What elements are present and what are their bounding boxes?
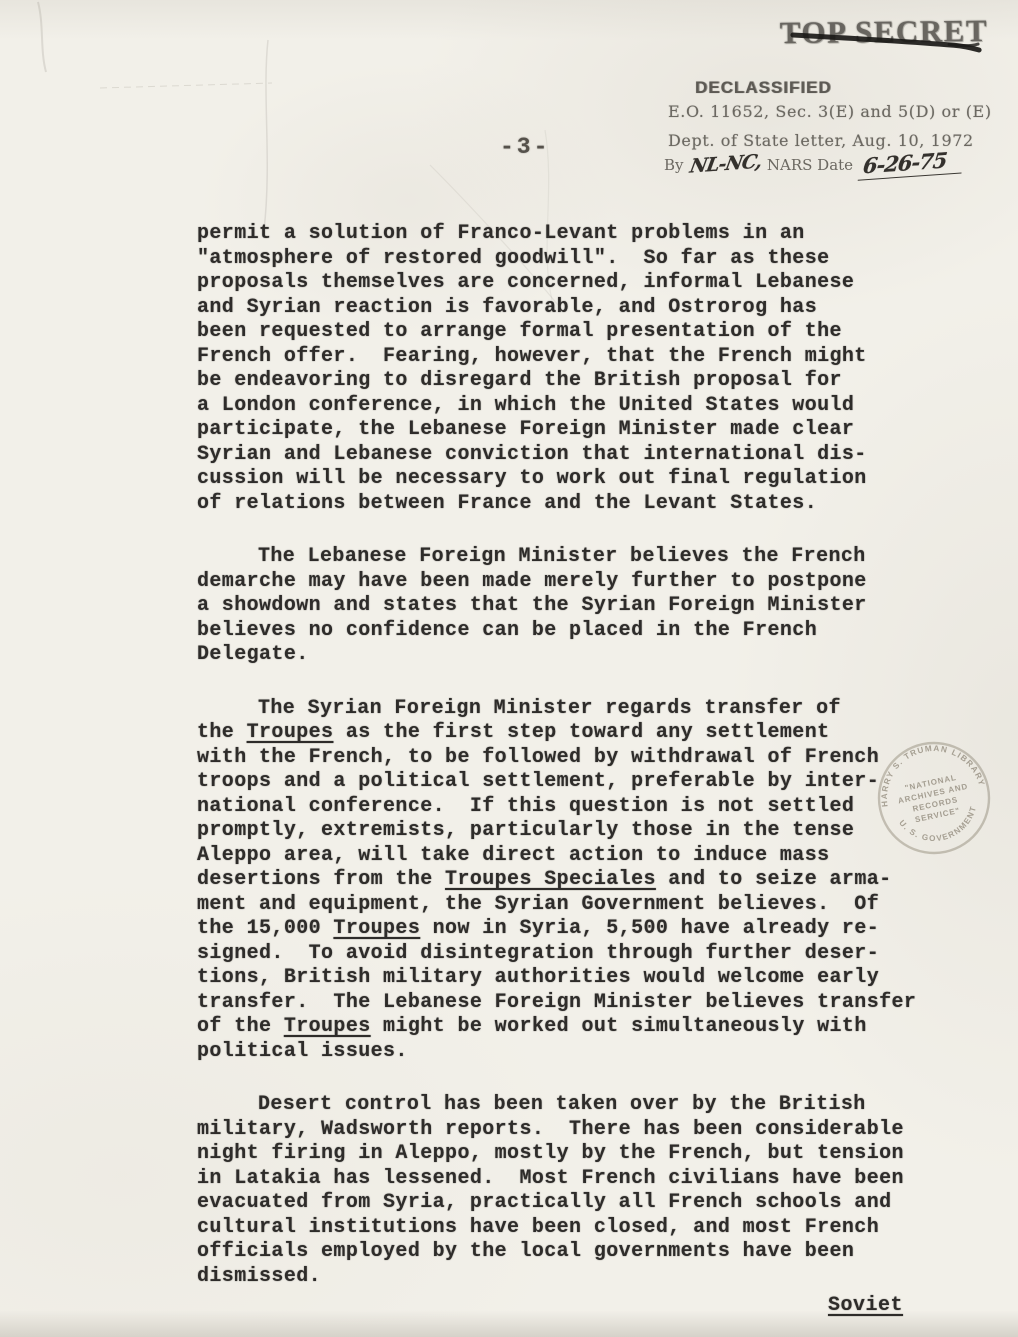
text-line: a showdown and states that the Syrian Fo… xyxy=(197,594,942,619)
text-line: promptly, extremists, particularly those… xyxy=(197,819,942,844)
declassified-letter-line: Dept. of State letter, Aug. 10, 1972 xyxy=(668,131,974,150)
text-line: troops and a political settlement, prefe… xyxy=(197,770,942,795)
top-secret-stamp: TOP SECRET xyxy=(779,13,990,67)
paragraph: The Lebanese Foreign Minister believes t… xyxy=(197,545,942,668)
declassified-label: DECLASSIFIED xyxy=(695,78,832,98)
strikethrough-mark xyxy=(779,13,990,67)
text-line: and Syrian reaction is favorable, and Os… xyxy=(197,296,942,321)
page-number: -3- xyxy=(500,134,550,160)
text-line: in Latakia has lessened. Most French civ… xyxy=(197,1167,942,1192)
handwritten-date: 6-26-75 xyxy=(858,146,964,180)
text-line: of the Troupes might be worked out simul… xyxy=(197,1015,942,1040)
text-line: cultural institutions have been closed, … xyxy=(197,1216,942,1241)
declassification-stamp: DECLASSIFIED E.O. 11652, Sec. 3(E) and 5… xyxy=(640,74,960,179)
text-line: be endeavoring to disregard the British … xyxy=(197,369,942,394)
text-line: proposals themselves are concerned, info… xyxy=(197,271,942,296)
document-page: TOP SECRET DECLASSIFIED E.O. 11652, Sec.… xyxy=(0,0,1018,1337)
underlined-text: Troupes xyxy=(247,721,334,744)
declassified-by-line: By NL-NC, NARS Date 6-26-75 xyxy=(664,150,963,177)
text-line: officials employed by the local governme… xyxy=(197,1240,942,1265)
text-line: a London conference, in which the United… xyxy=(197,394,942,419)
text-line: the Troupes as the first step toward any… xyxy=(197,721,942,746)
text-line: national conference. If this question is… xyxy=(197,795,942,820)
text-line: permit a solution of Franco-Levant probl… xyxy=(197,222,942,247)
text-line: Syrian and Lebanese conviction that inte… xyxy=(197,443,942,468)
handwritten-initials: NL-NC, xyxy=(688,150,763,177)
text-line: Desert control has been taken over by th… xyxy=(197,1093,942,1118)
text-line: demarche may have been made merely furth… xyxy=(197,570,942,595)
underlined-text: Troupes xyxy=(333,917,420,940)
declassified-eo-line: E.O. 11652, Sec. 3(E) and 5(D) or (E) xyxy=(668,102,992,121)
text-line: of relations between France and the Leva… xyxy=(197,492,942,517)
text-line: dismissed. xyxy=(197,1265,942,1290)
nars-date-label: NARS Date xyxy=(767,156,853,174)
catchword: Soviet xyxy=(828,1294,903,1317)
text-line: French offer. Fearing, however, that the… xyxy=(197,345,942,370)
text-line: military, Wadsworth reports. There has b… xyxy=(197,1118,942,1143)
paragraph: The Syrian Foreign Minister regards tran… xyxy=(197,697,942,1065)
text-line: evacuated from Syria, practically all Fr… xyxy=(197,1191,942,1216)
text-line: desertions from the Troupes Speciales an… xyxy=(197,868,942,893)
text-line: The Syrian Foreign Minister regards tran… xyxy=(197,697,942,722)
text-line: the 15,000 Troupes now in Syria, 5,500 h… xyxy=(197,917,942,942)
underlined-text: Troupes xyxy=(284,1015,371,1038)
archive-seal-stamp: HARRY S. TRUMAN LIBRARY U. S. GOVERNMENT… xyxy=(863,727,1005,869)
text-line: transfer. The Lebanese Foreign Minister … xyxy=(197,991,942,1016)
text-line: The Lebanese Foreign Minister believes t… xyxy=(197,545,942,570)
by-label: By xyxy=(664,156,684,174)
underlined-text: Troupes Speciales xyxy=(445,868,656,891)
text-line: tions, British military authorities woul… xyxy=(197,966,942,991)
text-line: signed. To avoid disintegration through … xyxy=(197,942,942,967)
text-line: ment and equipment, the Syrian Governmen… xyxy=(197,893,942,918)
text-line: night firing in Aleppo, mostly by the Fr… xyxy=(197,1142,942,1167)
paragraph: permit a solution of Franco-Levant probl… xyxy=(197,222,942,516)
text-line: Delegate. xyxy=(197,643,942,668)
text-line: participate, the Lebanese Foreign Minist… xyxy=(197,418,942,443)
text-line: been requested to arrange formal present… xyxy=(197,320,942,345)
text-line: believes no confidence can be placed in … xyxy=(197,619,942,644)
text-line: with the French, to be followed by withd… xyxy=(197,746,942,771)
document-body: permit a solution of Franco-Levant probl… xyxy=(197,222,942,1289)
paragraph: Desert control has been taken over by th… xyxy=(197,1093,942,1289)
text-line: political issues. xyxy=(197,1040,942,1065)
text-line: Aleppo area, will take direct action to … xyxy=(197,844,942,869)
text-line: cussion will be necessary to work out fi… xyxy=(197,467,942,492)
text-line: "atmosphere of restored goodwill". So fa… xyxy=(197,247,942,272)
